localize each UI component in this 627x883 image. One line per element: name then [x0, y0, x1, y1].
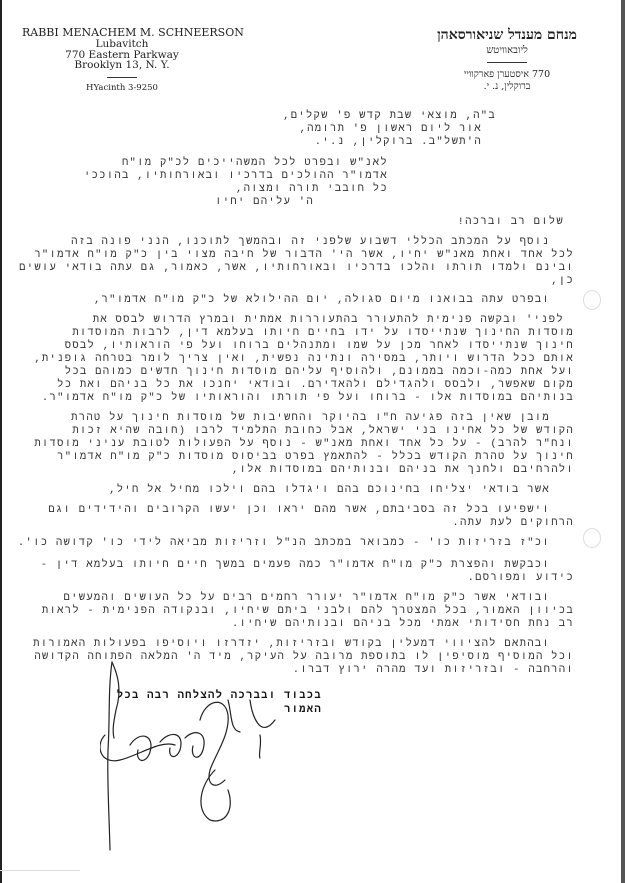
paragraph-line: כידוע ומפורסם. — [468, 572, 574, 585]
paragraph-line: לפני' ובקשה פנימית להתעורר בהתעוררות אמת… — [93, 314, 564, 327]
paragraph-line: ובהתאם להציווי דמעלין בקודש ובזריזות, יז… — [33, 638, 550, 651]
punch-hole-mark — [583, 528, 601, 548]
paragraph-line: ובפרט עתה בבואנו מיום סגולה, יום ההילולא… — [94, 294, 550, 307]
punch-hole-mark — [583, 290, 601, 310]
paragraph-line: נוסף על המכתב הכללי דשבוע שלפני זה ובהמש… — [71, 236, 550, 249]
paragraph-line: בכיוון האמור, בכל המצטרך להם ולבני ביתם … — [42, 605, 574, 618]
paragraph-line: וכבקשת והפצרת כ"ק מו"ח אדמו"ר כמה פעמים … — [41, 559, 550, 572]
date-line: אור ליום ראשון פ' תרומה, — [300, 123, 482, 136]
addressee-line: לאנ"ש ובפרט לכל המשהייכים לכ"ק מו"ח — [122, 157, 388, 170]
paragraph-line: מוסדות החינוך שנתייסדו על ידו בחיים חיות… — [72, 327, 574, 340]
greeting: שלום רב וברכה! — [458, 216, 564, 229]
paragraph-line: וכ"ז בזריזות כו' - כמבואר במכתב הנ"ל וזר… — [18, 537, 550, 550]
scan-artifact-line — [0, 870, 80, 871]
paragraph-line: מובן שאין בזה פגיעה ח"ו בהיוקר והחשיבות … — [71, 412, 550, 425]
page-right-edge — [621, 0, 625, 883]
paragraph-line: מקום שאפשר, ולבסס ולהגדילם ולהאדירם. ובו… — [57, 379, 574, 392]
addressee-line: כל חובבי תורה ומצוה, — [236, 183, 388, 196]
paragraph-line: חינוך על טהרת הקודש בכלל - להתאמץ בפרט ב… — [57, 451, 574, 464]
addressee-line: אדמו"ר ההולכים בדרכיו ובאורחותיו, בהוככי — [84, 170, 388, 183]
paragraph-line: ונח"ר להרב) - על כל אחד ואחת מאנ"ש - נוס… — [34, 438, 574, 451]
date-line: ב"ה, מוצאי שבת קדש פ' שקלים, — [283, 110, 496, 123]
paragraph-line: אותם ככל הדרוש ויותר, במסירה ונתינה נפשי… — [34, 353, 574, 366]
paragraph-line: אשר בודאי יצליחו בחינוכם בהם ויגדלו בהם … — [109, 484, 550, 497]
paragraph-line: ולהרחיבם ולחנך את בניהם ובנותיהם במוסדות… — [232, 464, 574, 477]
page-left-edge — [0, 0, 2, 883]
paragraph-line: ובינם ולמדו תורתו והלכו בדרכיו ובאורחותי… — [19, 262, 574, 275]
paragraph-line: ובודאי אשר כ"ק מו"ח אדמו"ר יעורר רחמים ר… — [64, 592, 550, 605]
paragraph-line: וישפיעו בכל זה בסביבתם, אשר מהם יראו וכן… — [48, 504, 550, 517]
addressee-line: ה' עליהם יחיו — [215, 196, 314, 209]
paragraph-line: בנותיהם במוסדות אלו - ברוחו ועל פי תורתו… — [42, 392, 574, 405]
paragraph-line: הרחוקים לעת עתה. — [452, 517, 574, 530]
paragraph-line: לכל אחד ואחת מאנ"ש יחיו, אשר הי' הדבור ש… — [34, 249, 574, 262]
paragraph-line: הקודש של כל אחינו בני ישראל, אבל כחובת ה… — [72, 425, 574, 438]
paragraph-line: ועל אחת כמה-וכמה בממונם, ולהוסיף עליהם מ… — [65, 366, 574, 379]
paragraph-line: חינוך שנתייסדו לאחר מכן על שמו ומתנהלים … — [65, 340, 574, 353]
paragraph-line: כן, — [551, 275, 574, 288]
paragraph-line: והרחבה - ובזריזות ועד מהרה ירוץ דברו. — [293, 664, 574, 677]
date-line: ה'תשל"ב. ברוקלין, נ.י. — [315, 136, 482, 149]
paragraph-line: רב נחת חסידותי אמתי מכל בניהם ובנותיהם ש… — [232, 618, 574, 631]
handwritten-signature-icon — [100, 660, 300, 870]
